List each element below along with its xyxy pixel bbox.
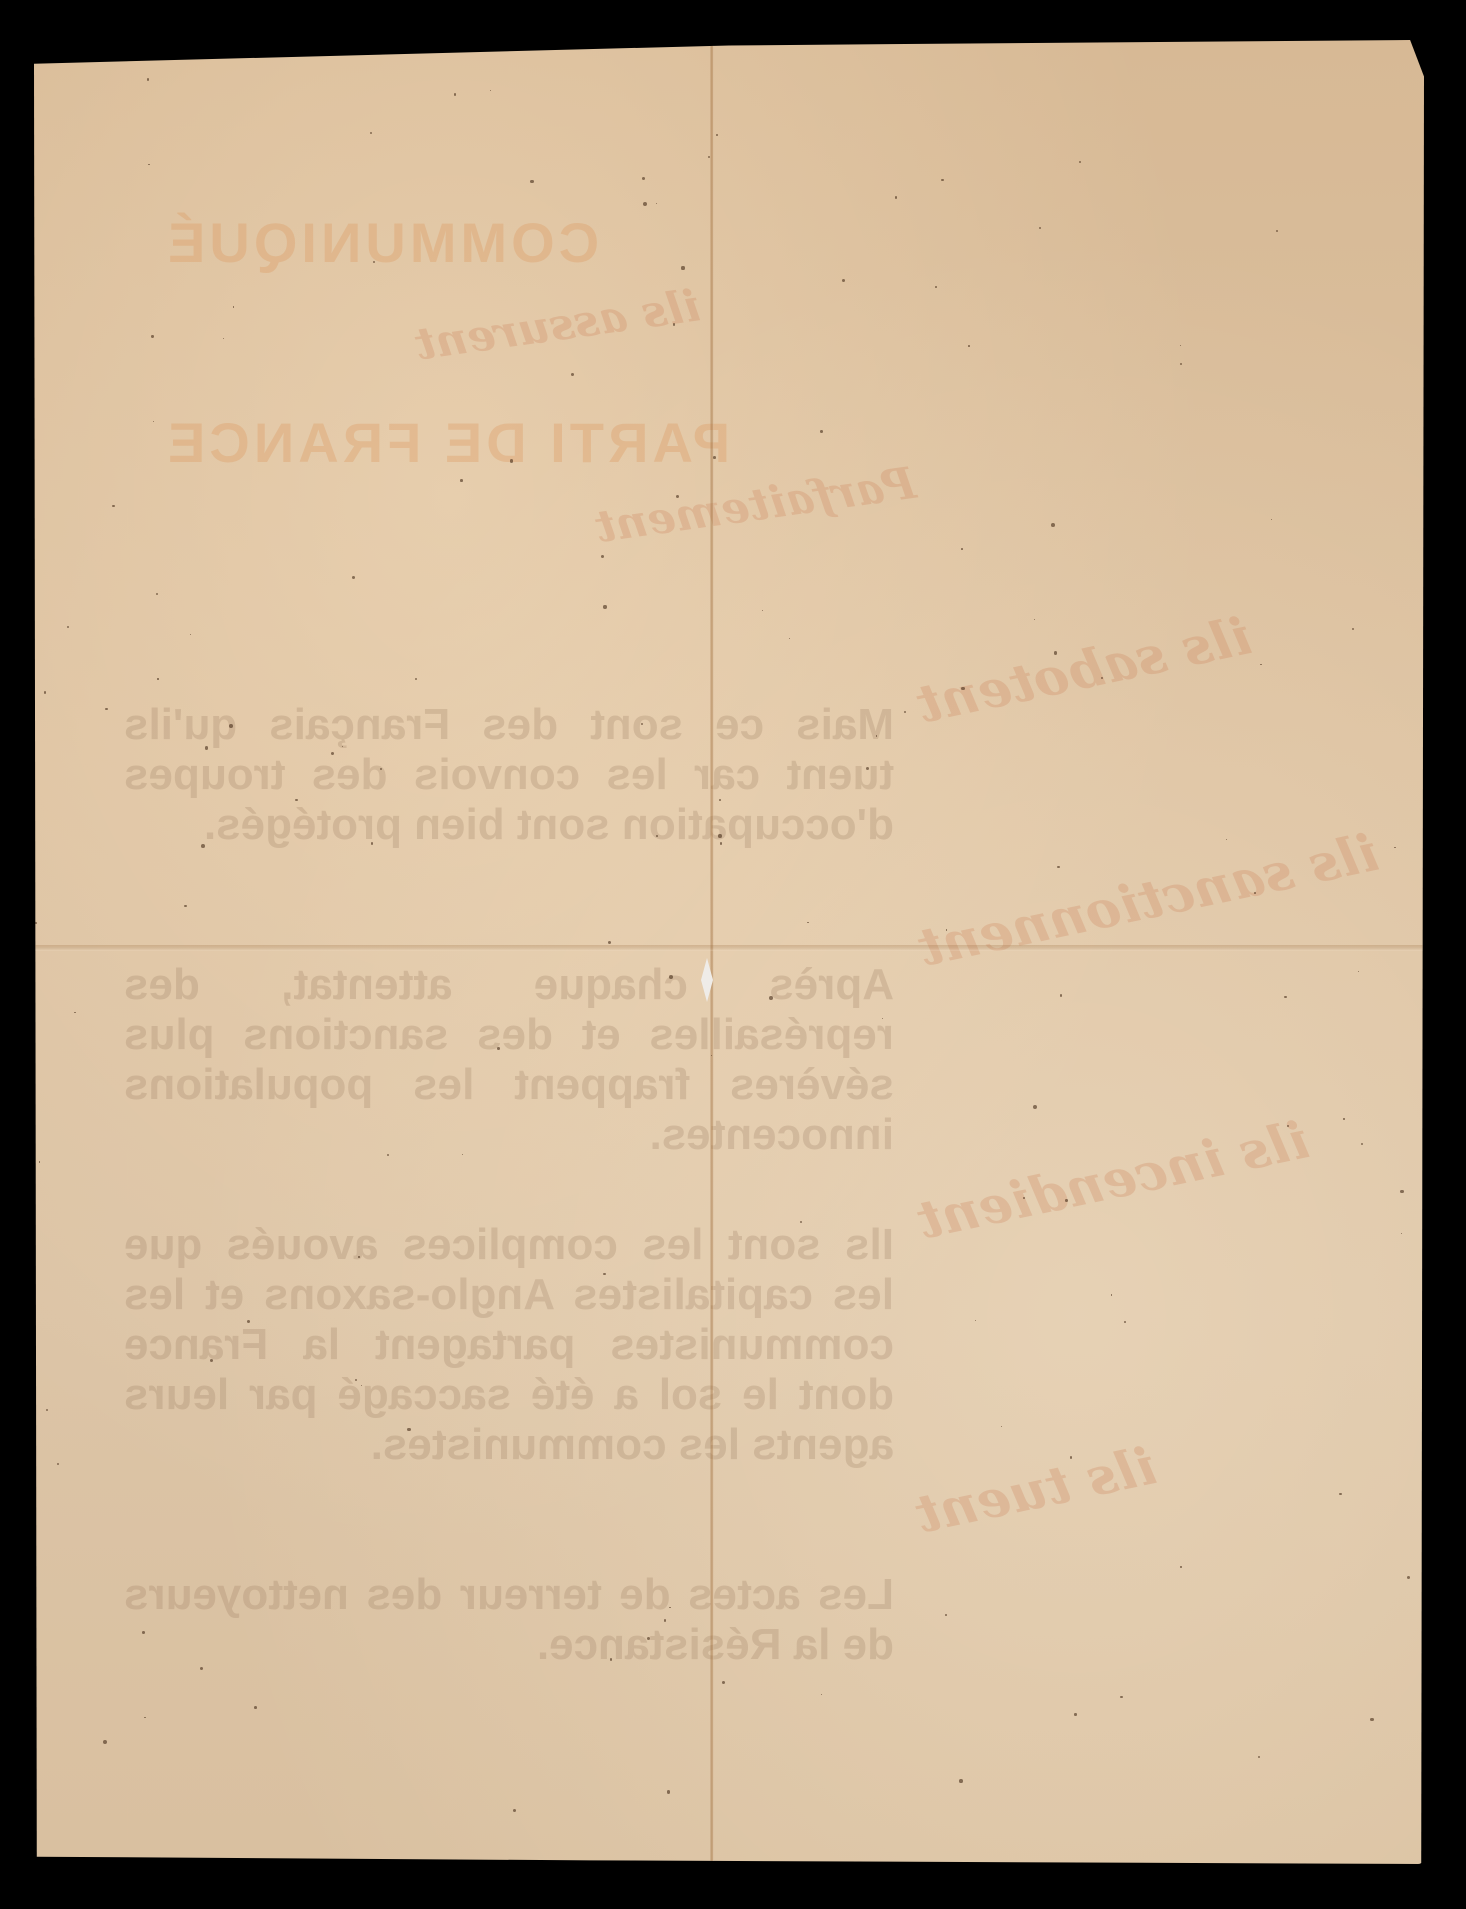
speck [941,179,943,181]
speck [254,1706,257,1709]
horizontal-fold-crease [34,945,1424,951]
speck [601,555,604,558]
speck [669,975,673,979]
speck [1343,1118,1344,1119]
speck [57,1463,59,1465]
speck [1226,839,1227,840]
speck [513,1809,516,1812]
speck [667,1790,671,1794]
speck [67,626,69,628]
bleed-script-right-2: ils sanctionnent [913,822,1384,979]
speck [1352,628,1354,630]
speck [642,177,646,181]
speck [201,844,205,848]
speck [1260,664,1262,666]
speck [821,1694,822,1695]
speck [807,922,809,924]
speck [1370,1718,1374,1722]
speck [608,941,611,944]
speck [1057,866,1060,869]
speck [46,1409,48,1411]
bleed-headline-1: COMMUNIQUÉ [164,210,599,275]
speck [1361,1143,1363,1145]
speck [1124,1321,1126,1323]
bleed-paragraph-3: Ils sont les complices avoués que les ca… [124,1220,894,1470]
speck [454,93,457,96]
speck [1033,1105,1037,1109]
speck [370,132,372,134]
speck [44,691,47,694]
speck [1101,677,1103,679]
speck [157,678,158,679]
speck [1400,1190,1403,1193]
speck [789,638,790,639]
speck [1180,363,1182,365]
bleed-script-1: ils assurent [412,280,703,370]
bleed-script-right-3: ils incendient [912,1109,1314,1251]
speck [490,90,491,91]
speck [387,1154,389,1156]
speck [1074,1713,1076,1715]
speck [530,180,534,184]
speck [415,678,417,680]
speck [718,834,722,838]
speck [968,345,970,347]
speck [975,1320,976,1321]
speck [1180,1566,1181,1567]
speck [105,708,107,710]
speck [352,576,355,579]
speck [1001,1426,1002,1427]
speck [407,1428,411,1432]
speck [820,430,823,433]
speck [673,323,675,325]
speck [1065,1199,1068,1202]
speck [426,40,428,42]
speck [229,724,233,728]
vertical-fold-crease [710,40,714,1864]
speck [112,505,114,507]
speck [656,835,658,837]
speck [1276,230,1278,232]
speck [1358,971,1359,972]
speck [39,1161,40,1162]
speck [716,134,718,136]
speck [961,548,963,550]
speck [371,842,374,845]
speck [664,1619,667,1622]
speck [571,373,574,376]
speck [1339,1493,1341,1495]
bleed-paragraph-4: Les actes de terreur des nettoyeurs de l… [124,1570,894,1670]
speck [74,1012,76,1014]
speck [1079,161,1081,163]
speck [103,1740,107,1744]
speck [1180,345,1181,346]
speck [184,905,186,907]
speck [34,922,36,924]
speck [895,196,897,198]
speck [144,1717,146,1719]
speck [497,1047,500,1050]
speck [373,261,375,263]
speck [1287,1125,1289,1127]
speck [223,338,224,339]
speck [1120,1696,1123,1699]
speck [1271,519,1272,520]
speck [153,421,154,422]
bleed-script-right-4: ils tuent [910,1435,1161,1545]
speck [842,279,845,282]
speck [603,605,606,608]
speck [358,1256,359,1257]
speck [1034,619,1035,620]
bleed-paragraph-1: Mais ce sont des Français qu'ils tuent c… [124,700,894,850]
speck [233,306,235,308]
speck [959,1779,963,1783]
speck [1394,847,1396,849]
speck [148,164,150,166]
speck [643,202,647,206]
speck [719,799,721,801]
speck [1023,1197,1025,1199]
speck [151,335,153,337]
speck [904,711,906,713]
speck [769,996,773,1000]
speck [1111,1294,1113,1296]
speck [681,266,684,269]
speck [762,610,763,611]
speck [1284,996,1286,998]
bleed-script-right-1: ils sabotent [911,605,1256,735]
speck [656,203,657,204]
speck [190,634,191,635]
speck [1039,227,1041,229]
speck [1051,523,1055,527]
speck [945,1614,947,1616]
speck [1254,892,1256,894]
speck [147,78,150,81]
poster-sheet: COMMUNIQUÉ PARTI DE FRANCE ils assurent … [34,40,1424,1864]
speck [265,45,269,49]
speck [935,286,937,288]
speck [722,1681,725,1684]
speck [713,456,716,459]
speck [1060,994,1063,997]
speck [510,459,513,462]
speck [156,593,158,595]
speck [1407,1576,1410,1579]
speck [800,1221,802,1223]
speck [708,156,710,158]
speck [460,479,463,482]
bleed-headline-2: PARTI DE FRANCE [164,410,730,475]
bleed-paragraph-2: Après chaque attentat, des représailles … [124,960,894,1160]
speck [961,687,964,690]
speck [142,1631,145,1634]
speck [1401,1233,1402,1234]
speck [1258,1756,1260,1758]
